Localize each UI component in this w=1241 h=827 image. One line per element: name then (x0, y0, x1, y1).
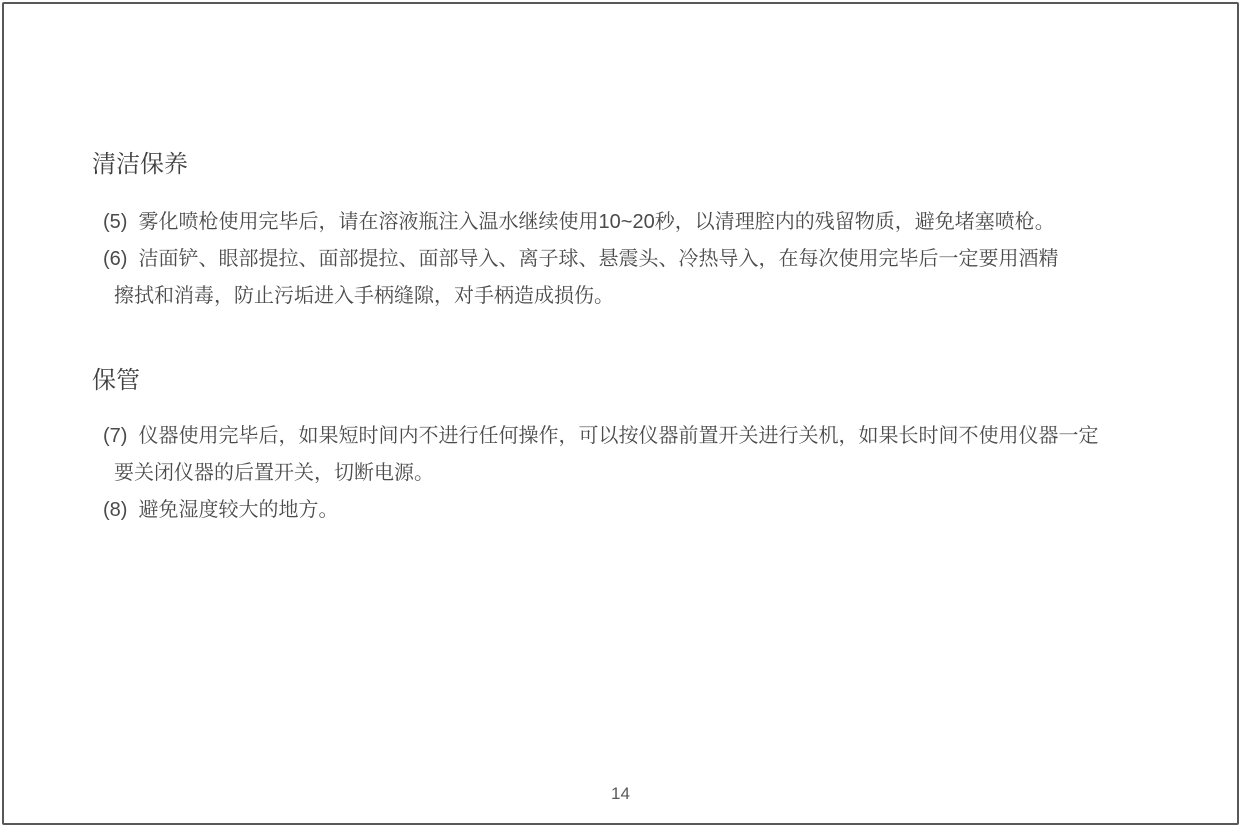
list-item-7-line-1: (7) 仪器使用完毕后，如果短时间内不进行任何操作，可以按仪器前置开关进行关机，… (103, 418, 1181, 455)
list-item-6-line-2: 擦拭和消毒，防止污垢进入手柄缝隙，对手柄造成损伤。 (114, 278, 1181, 315)
page-content: 清洁保养 (5) 雾化喷枪使用完毕后，请在溶液瓶注入温水继续使用10~20秒，以… (4, 150, 1237, 529)
section-heading-cleaning-maintenance: 清洁保养 (92, 150, 1181, 180)
list-item-7-line-2: 要关闭仪器的后置开关，切断电源。 (114, 455, 1181, 492)
list-item-6-line-1: (6) 洁面铲、眼部提拉、面部提拉、面部导入、离子球、悬震头、冷热导入，在每次使… (103, 241, 1181, 278)
list-item-5: (5) 雾化喷枪使用完毕后，请在溶液瓶注入温水继续使用10~20秒，以清理腔内的… (103, 204, 1181, 241)
page-number: 14 (4, 784, 1237, 804)
document-page: 清洁保养 (5) 雾化喷枪使用完毕后，请在溶液瓶注入温水继续使用10~20秒，以… (2, 2, 1239, 825)
section-heading-storage: 保管 (92, 366, 1181, 396)
list-item-8: (8) 避免湿度较大的地方。 (103, 492, 1181, 529)
cleaning-maintenance-item-list: (5) 雾化喷枪使用完毕后，请在溶液瓶注入温水继续使用10~20秒，以清理腔内的… (92, 204, 1181, 315)
storage-item-list: (7) 仪器使用完毕后，如果短时间内不进行任何操作，可以按仪器前置开关进行关机，… (92, 418, 1181, 529)
